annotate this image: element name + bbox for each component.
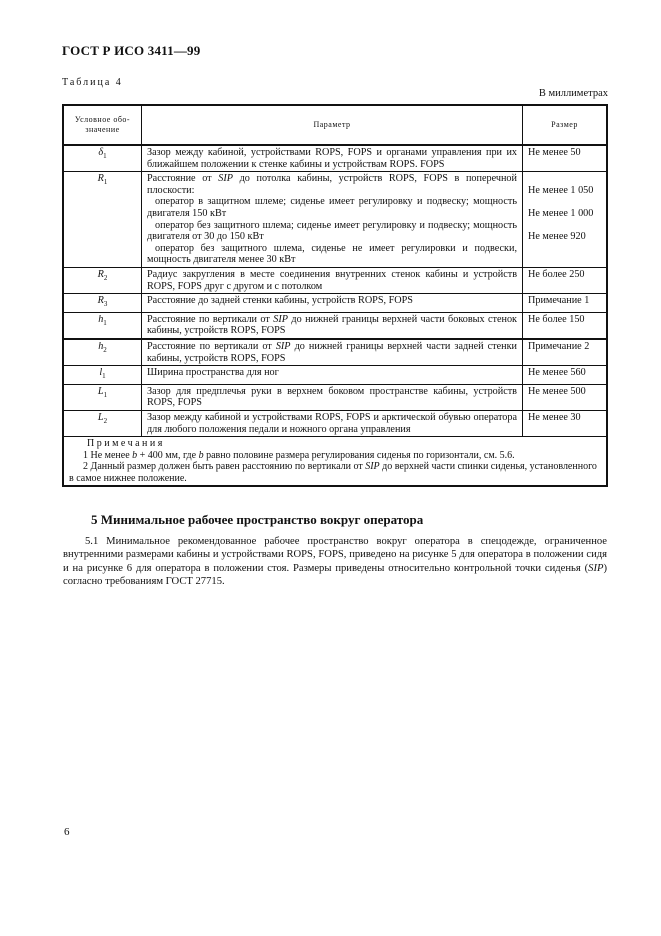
parameter-cell: Радиус закругления в месте соединения вн… — [142, 267, 523, 293]
parameter-cell: Расстояние до задней стенки кабины, устр… — [142, 294, 523, 313]
table-row: l1Ширина пространства для ногНе менее 56… — [63, 366, 607, 385]
table-row: h1Расстояние по вертикали от SIP до нижн… — [63, 312, 607, 339]
parameters-table: Условное обо-значение Параметр Размер δ1… — [62, 104, 608, 487]
size-cell: Не менее 50 — [523, 145, 608, 172]
table-row: δ1Зазор между кабиной, устройствами ROPS… — [63, 145, 607, 172]
symbol-cell: h2 — [63, 339, 142, 366]
parameter-cell: Зазор между кабиной и устройствами ROPS,… — [142, 410, 523, 436]
document-header: ГОСТ Р ИСО 3411—99 — [62, 43, 200, 59]
parameter-cell: Расстояние от SIP до потолка кабины, уст… — [142, 172, 523, 268]
table-row: h2Расстояние по вертикали от SIP до нижн… — [63, 339, 607, 366]
parameter-cell: Расстояние по вертикали от SIP до нижней… — [142, 312, 523, 339]
table-row: R2Радиус закругления в месте соединения … — [63, 267, 607, 293]
table-row: L2Зазор между кабиной и устройствами ROP… — [63, 410, 607, 436]
symbol-cell: L2 — [63, 410, 142, 436]
size-cell: Не менее 560 — [523, 366, 608, 385]
table-row: R3Расстояние до задней стенки кабины, ус… — [63, 294, 607, 313]
column-header-symbol: Условное обо-значение — [63, 105, 142, 145]
table-row: L1Зазор для предплечья руки в верхнем бо… — [63, 384, 607, 410]
table-row: R1Расстояние от SIP до потолка кабины, у… — [63, 172, 607, 268]
section-title: 5 Минимальное рабочее пространство вокру… — [91, 512, 423, 528]
symbol-cell: l1 — [63, 366, 142, 385]
section-paragraph: 5.1 Минимальное рекомендованное рабочее … — [63, 535, 607, 589]
parameter-cell: Зазор для предплечья руки в верхнем боко… — [142, 384, 523, 410]
size-cell: Не более 150 — [523, 312, 608, 339]
symbol-cell: L1 — [63, 384, 142, 410]
table-caption: Таблица 4 — [62, 77, 123, 88]
size-cell: Не менее 1 050Не менее 1 000Не менее 920 — [523, 172, 608, 268]
size-cell: Примечание 1 — [523, 294, 608, 313]
symbol-cell: R3 — [63, 294, 142, 313]
units-label: В миллиметрах — [539, 88, 608, 99]
parameter-cell: Расстояние по вертикали от SIP до нижней… — [142, 339, 523, 366]
size-cell: Не менее 500 — [523, 384, 608, 410]
notes-row: Примечания1 Не менее b + 400 мм, где b р… — [63, 437, 607, 487]
parameter-cell: Ширина пространства для ног — [142, 366, 523, 385]
symbol-cell: δ1 — [63, 145, 142, 172]
size-cell: Не более 250 — [523, 267, 608, 293]
column-header-size: Размер — [523, 105, 608, 145]
column-header-parameter: Параметр — [142, 105, 523, 145]
size-cell: Не менее 30 — [523, 410, 608, 436]
table-header-row: Условное обо-значение Параметр Размер — [63, 105, 607, 145]
parameter-cell: Зазор между кабиной, устройствами ROPS, … — [142, 145, 523, 172]
size-cell: Примечание 2 — [523, 339, 608, 366]
symbol-cell: R1 — [63, 172, 142, 268]
page-number: 6 — [64, 826, 70, 838]
table-notes: Примечания1 Не менее b + 400 мм, где b р… — [63, 437, 607, 487]
symbol-cell: h1 — [63, 312, 142, 339]
symbol-cell: R2 — [63, 267, 142, 293]
